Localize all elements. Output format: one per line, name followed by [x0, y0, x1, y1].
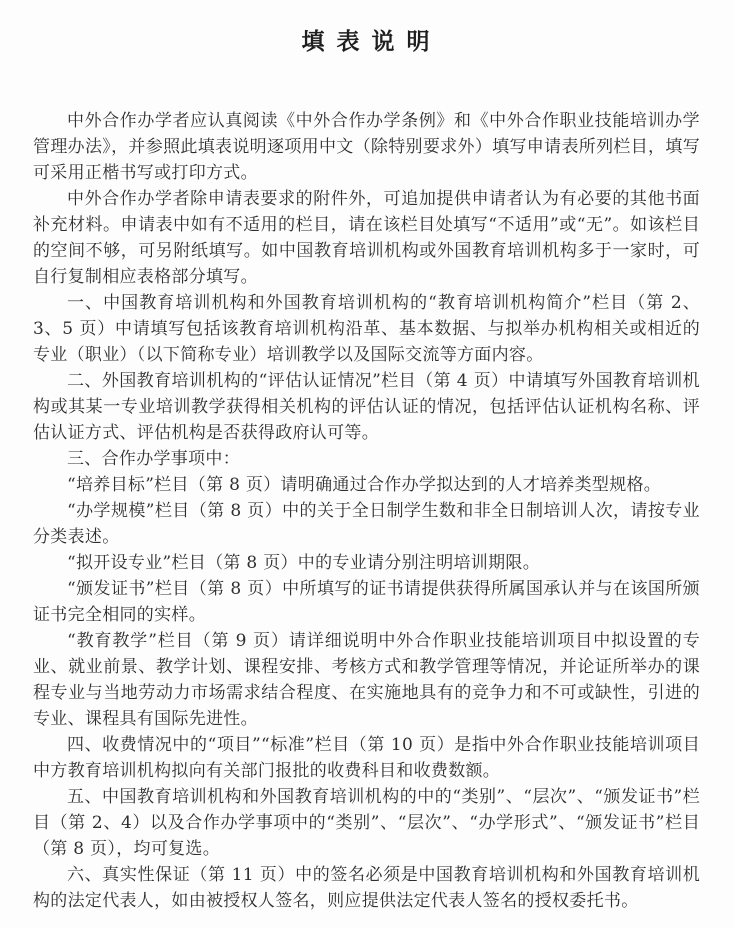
paragraph-item-1: 一、中国教育培训机构和外国教育培训机构的“教育培训机构简介”栏目（第 2、3、5…	[33, 290, 700, 368]
paragraph-item-4: 四、收费情况中的“项目”“标准”栏目（第 10 页）是指中外合作职业技能培训项目…	[33, 732, 700, 784]
paragraph-item-3-cert: “颁发证书”栏目（第 8 页）中所填写的证书请提供获得所属国承认并与在该国所颁证…	[33, 576, 700, 628]
paragraph-item-2: 二、外国教育培训机构的“评估认证情况”栏目（第 4 页）中请填写外国教育培训机构…	[33, 368, 700, 446]
paragraph-item-5: 五、中国教育培训机构和外国教育培训机构的中的“类别”、“层次”、“颁发证书”栏目…	[33, 784, 700, 862]
paragraph-item-3-scale: “办学规模”栏目（第 8 页）中的关于全日制学生数和非全日制培训人次，请按专业分…	[33, 498, 700, 550]
paragraph-item-3-teaching: “教育教学”栏目（第 9 页）请详细说明中外合作职业技能培训项目中拟设置的专业、…	[33, 628, 700, 732]
paragraph-intro-2: 中外合作办学者除申请表要求的附件外，可追加提供申请者认为有必要的其他书面补充材料…	[33, 186, 700, 290]
paragraph-item-3: 三、合作办学事项中：	[33, 446, 700, 472]
document-page: 填 表 说 明 中外合作办学者应认真阅读《中外合作办学条例》和《中外合作职业技能…	[0, 0, 734, 928]
document-title: 填 表 说 明	[33, 28, 700, 56]
paragraph-intro-1: 中外合作办学者应认真阅读《中外合作办学条例》和《中外合作职业技能培训办学管理办法…	[33, 108, 700, 186]
document-body: 中外合作办学者应认真阅读《中外合作办学条例》和《中外合作职业技能培训办学管理办法…	[33, 108, 700, 914]
paragraph-item-3-majors: “拟开设专业”栏目（第 8 页）中的专业请分别注明培训期限。	[33, 550, 700, 576]
paragraph-item-6: 六、真实性保证（第 11 页）中的签名必须是中国教育培训机构和外国教育培训机构的…	[33, 862, 700, 914]
paragraph-item-3-goal: “培养目标”栏目（第 8 页）请明确通过合作办学拟达到的人才培养类型规格。	[33, 472, 700, 498]
